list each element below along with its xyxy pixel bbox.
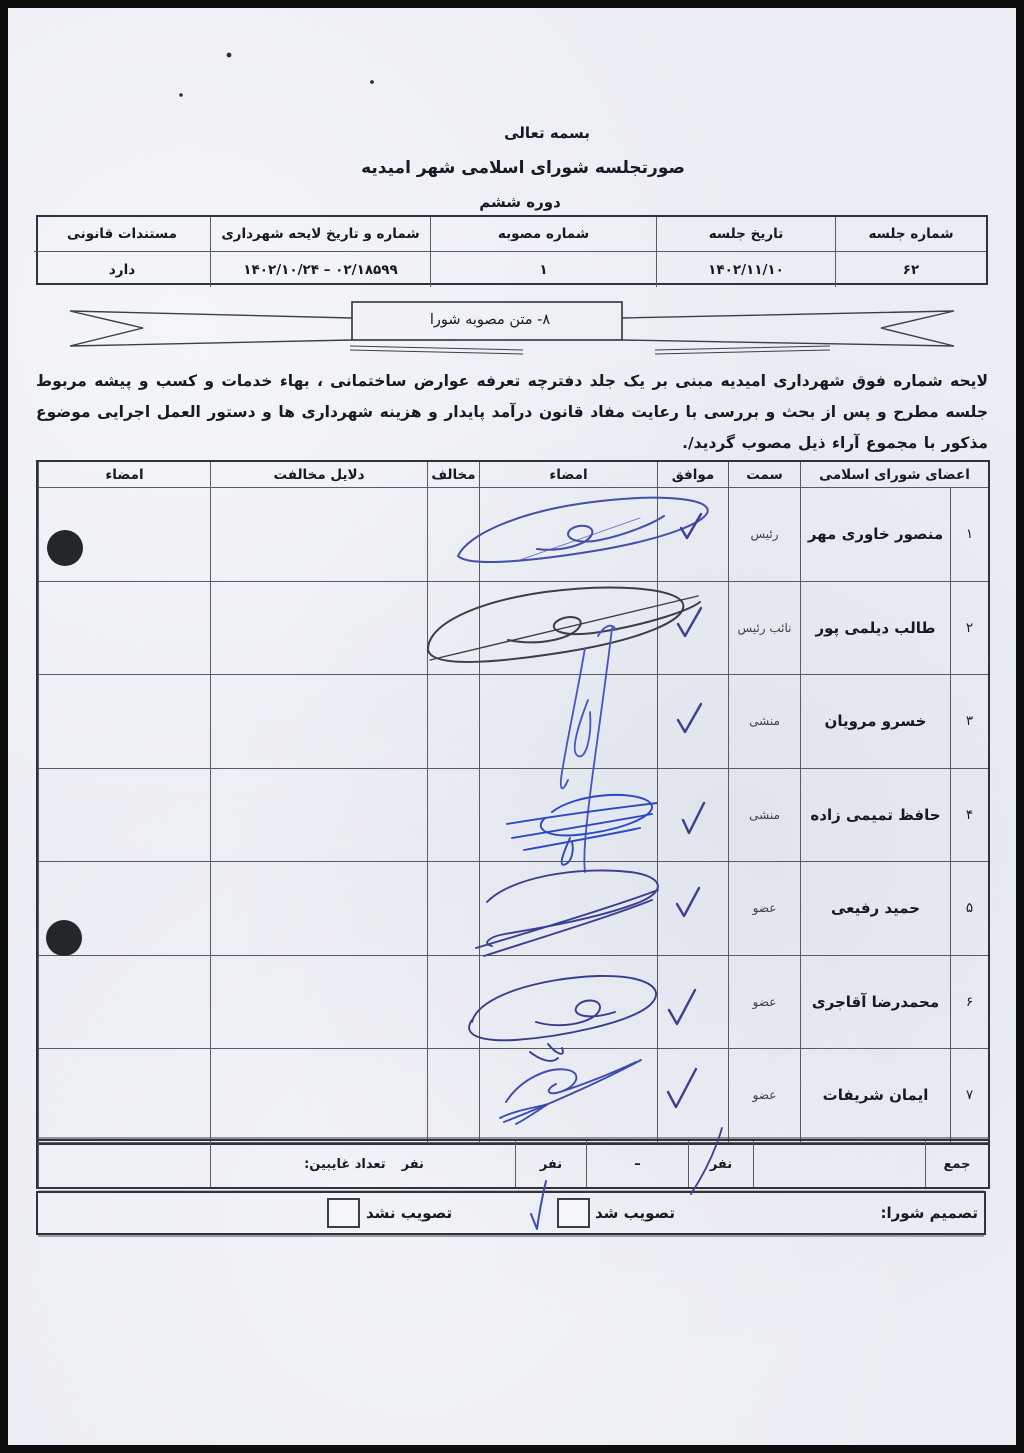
resolution-line: مذکور با مجموع آراء ذیل مصوب گردید/. (36, 428, 988, 459)
info-label-legal-docs: مستندات قانونی (34, 217, 210, 252)
signature-cell (479, 675, 657, 769)
oppose-cell (427, 582, 479, 676)
header-signature: امضاء (479, 462, 657, 488)
member-position: عضو (728, 956, 800, 1050)
members-grid: اعضای شورای اسلامی سمت موافق امضاء مخالف… (36, 460, 990, 1145)
decision-label: تصمیم شورا: (880, 1193, 978, 1233)
info-value-session-number: ۶۲ (835, 252, 986, 287)
oppose-signature-cell (38, 769, 210, 863)
resolution-line: لایحه شماره فوق شهرداری امیدیه مبنی بر ی… (36, 366, 988, 397)
member-name: منصور خاوری مهر (800, 488, 950, 582)
signature-cell (479, 956, 657, 1050)
member-name: خسرو مرویان (800, 675, 950, 769)
agree-cell (657, 675, 728, 769)
info-label-session-number: شماره جلسه (835, 217, 986, 252)
info-label-bill-number-date: شماره و تاریخ لایحه شهرداری (210, 217, 430, 252)
oppose-reason-cell (210, 675, 427, 769)
member-number: ۶ (950, 956, 988, 1050)
oppose-cell (427, 862, 479, 956)
member-number: ۱ (950, 488, 988, 582)
totals-absent-cell: نفر تعداد غایبین: (210, 1141, 515, 1187)
signature-cell (479, 862, 657, 956)
oppose-reason-cell (210, 1049, 427, 1143)
info-value-session-date: ۱۴۰۲/۱۱/۱۰ (656, 252, 835, 287)
absent-count-unit: نفر (402, 1157, 424, 1172)
member-position: منشی (728, 769, 800, 863)
term-label: دوره ششم (420, 191, 620, 213)
oppose-reason-cell (210, 862, 427, 956)
header-oppose: مخالف (427, 462, 479, 488)
oppose-cell (427, 956, 479, 1050)
signature-cell (479, 769, 657, 863)
bismillah-text: بسمه تعالی (447, 122, 647, 144)
agree-cell (657, 862, 728, 956)
member-position: عضو (728, 1049, 800, 1143)
totals-blank-signature-cell (38, 1141, 210, 1187)
oppose-signature-cell (38, 862, 210, 956)
rejected-label: تصویب نشد (366, 1193, 452, 1233)
totals-label: جمع (925, 1141, 988, 1187)
info-value-bill-number-date: ۰۲/۱۸۵۹۹ – ۱۴۰۲/۱۰/۲۴ (210, 252, 430, 287)
oppose-signature-cell (38, 582, 210, 676)
header-oppose-signature: امضاء (38, 462, 210, 488)
totals-agree-count: نفر (688, 1141, 753, 1187)
oppose-reason-cell (210, 769, 427, 863)
session-info-table: شماره جلسه تاریخ جلسه شماره مصوبه شماره … (36, 215, 988, 285)
oppose-signature-cell (38, 488, 210, 582)
oppose-reason-cell (210, 956, 427, 1050)
oppose-cell (427, 675, 479, 769)
signature-cell (479, 488, 657, 582)
scan-speck (179, 53, 374, 97)
member-number: ۲ (950, 582, 988, 676)
approved-checkbox (557, 1198, 590, 1228)
header-position: سمت (728, 462, 800, 488)
member-name: حمید رفیعی (800, 862, 950, 956)
ribbon-banner-label: ۸- متن مصوبه شورا (355, 302, 625, 338)
document-title: صورتجلسه شورای اسلامی شهر امیدیه (323, 155, 723, 181)
member-number: ۳ (950, 675, 988, 769)
member-name: طالب دیلمی پور (800, 582, 950, 676)
header-agree: موافق (657, 462, 728, 488)
totals-oppose-count: نفر (515, 1141, 586, 1187)
member-position: رئیس (728, 488, 800, 582)
rejected-checkbox (327, 1198, 360, 1228)
oppose-reason-cell (210, 582, 427, 676)
oppose-signature-cell (38, 1049, 210, 1143)
oppose-signature-cell (38, 675, 210, 769)
member-number: ۴ (950, 769, 988, 863)
member-number: ۵ (950, 862, 988, 956)
member-number: ۷ (950, 1049, 988, 1143)
info-value-resolution-number: ۱ (430, 252, 656, 287)
approved-label: تصویب شد (595, 1193, 675, 1233)
info-value-legal-docs: دارد (34, 252, 210, 287)
oppose-cell (427, 1049, 479, 1143)
council-decision-row: تصمیم شورا: تصویب شد تصویب نشد (36, 1191, 986, 1235)
member-position: عضو (728, 862, 800, 956)
agree-cell (657, 582, 728, 676)
member-name: حافظ تمیمی زاده (800, 769, 950, 863)
totals-blank-cell (753, 1141, 925, 1187)
agree-cell (657, 1049, 728, 1143)
agree-cell (657, 956, 728, 1050)
signature-cell (479, 582, 657, 676)
info-label-resolution-number: شماره مصوبه (430, 217, 656, 252)
header-members: اعضای شورای اسلامی (800, 462, 988, 488)
absent-label: تعداد غایبین: (304, 1157, 386, 1172)
scanned-document-page: { "header": { "bismillah": "بسمه تعالی",… (0, 0, 1024, 1453)
member-name: محمدرضا آقاجری (800, 956, 950, 1050)
agree-cell (657, 769, 728, 863)
oppose-reason-cell (210, 488, 427, 582)
info-label-session-date: تاریخ جلسه (656, 217, 835, 252)
member-name: ایمان شریفات (800, 1049, 950, 1143)
oppose-signature-cell (38, 956, 210, 1050)
oppose-cell (427, 769, 479, 863)
totals-signature-cell: – (586, 1141, 688, 1187)
paper: بسمه تعالی صورتجلسه شورای اسلامی شهر امی… (8, 8, 1016, 1445)
resolution-line: جلسه مطرح و پس از بحث و بررسی با رعایت م… (36, 397, 988, 428)
member-position: نائب رئیس (728, 582, 800, 676)
resolution-paragraph: لایحه شماره فوق شهرداری امیدیه مبنی بر ی… (36, 366, 988, 459)
header-oppose-reasons: دلایل مخالفت (210, 462, 427, 488)
totals-row: جمع نفر – نفر نفر تعداد غایبین: (36, 1139, 990, 1189)
oppose-cell (427, 488, 479, 582)
signature-cell (479, 1049, 657, 1143)
member-position: منشی (728, 675, 800, 769)
agree-cell (657, 488, 728, 582)
